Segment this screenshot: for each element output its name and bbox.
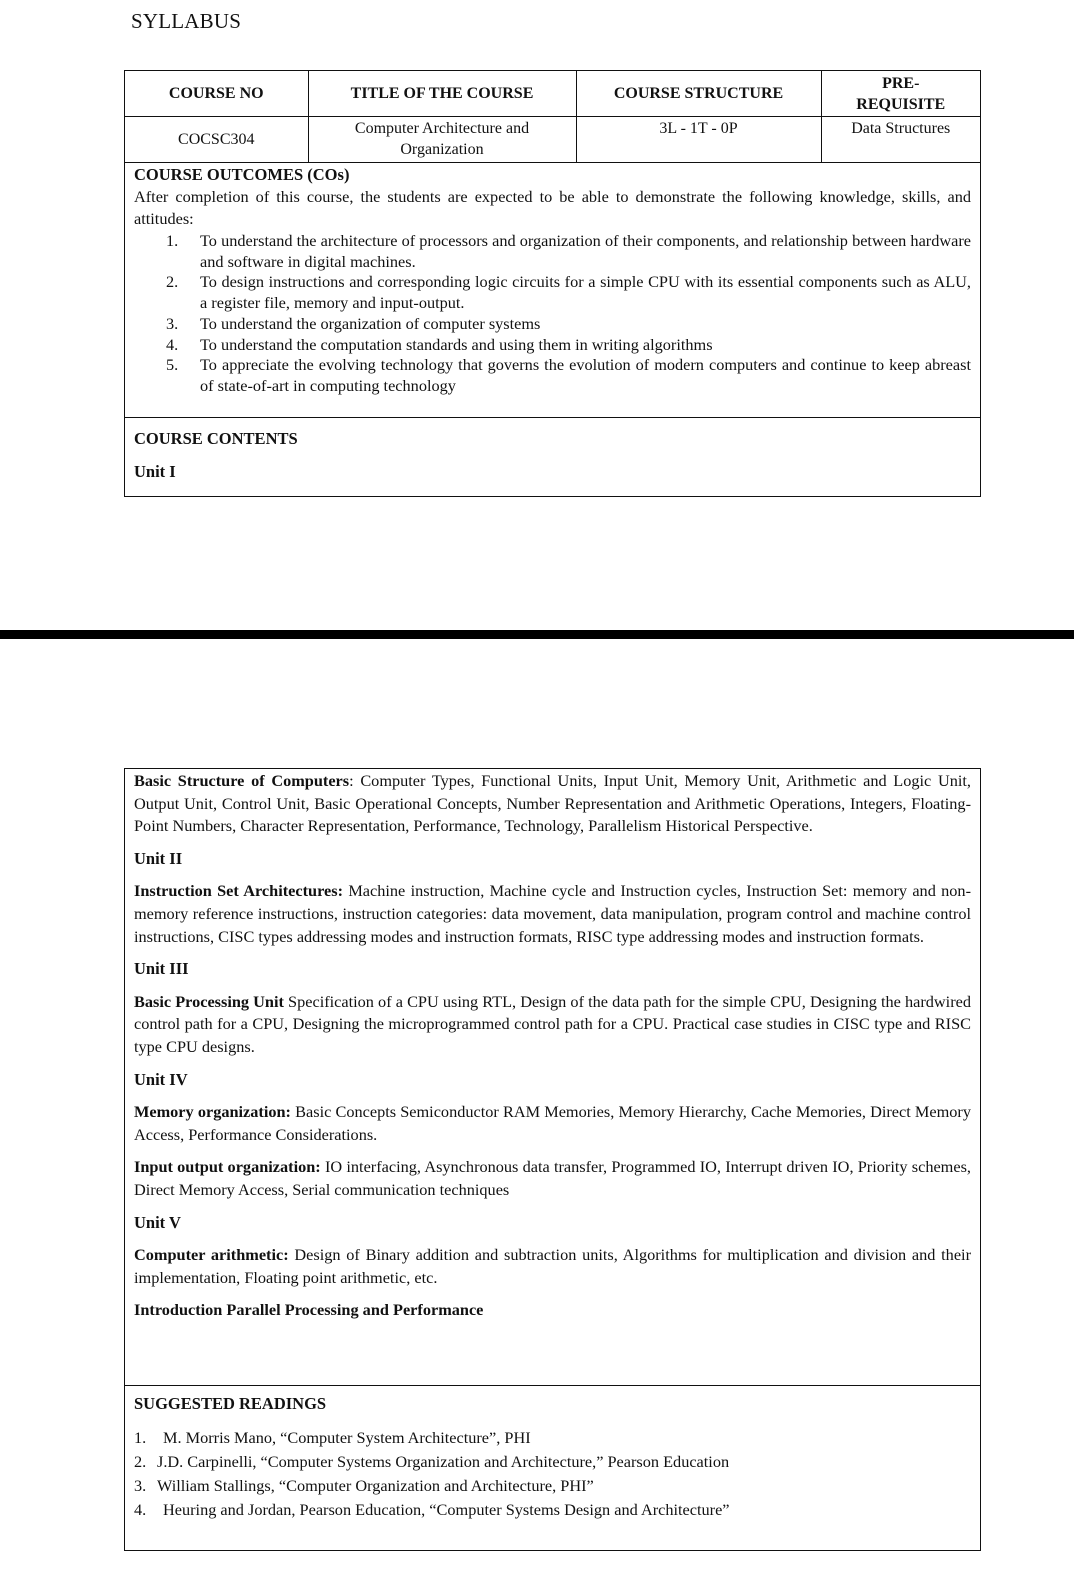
item-number: 3. (134, 1474, 157, 1498)
course-no-cell: COCSC304 (125, 117, 308, 163)
course-outcome-item: 3.To understand the organization of comp… (134, 314, 971, 335)
unit-2-topic: Instruction Set Architectures: Machine i… (134, 880, 971, 948)
unit-2-heading: Unit II (134, 848, 971, 871)
course-outcomes-heading: COURSE OUTCOMES (COs) (134, 164, 971, 185)
course-info-table: COURSE NO TITLE OF THE COURSE COURSE STR… (125, 71, 980, 163)
item-text: To appreciate the evolving technology th… (200, 355, 971, 395)
course-contents-heading: COURSE CONTENTS (134, 429, 298, 449)
item-text: Heuring and Jordan, Pearson Education, “… (163, 1500, 730, 1519)
unit-5-heading: Unit V (134, 1212, 971, 1235)
course-title-line1: Computer Architecture and (355, 120, 529, 137)
course-table-header-row: COURSE NO TITLE OF THE COURSE COURSE STR… (125, 71, 980, 117)
item-text: M. Morris Mano, “Computer System Archite… (163, 1428, 531, 1447)
unit-4-topic: Input output organization: IO interfacin… (134, 1156, 971, 1201)
course-outcomes-list: 1.To understand the architecture of proc… (134, 231, 971, 397)
page-separator-bar (0, 630, 1074, 639)
reading-item: 1.M. Morris Mano, “Computer System Archi… (134, 1426, 971, 1450)
section-divider (125, 1385, 980, 1386)
item-number: 4. (134, 1498, 163, 1522)
item-text: To understand the architecture of proces… (200, 231, 971, 271)
syllabus-header-box: COURSE NO TITLE OF THE COURSE COURSE STR… (124, 70, 981, 497)
topic-title: Instruction Set Architectures: (134, 881, 343, 900)
header-prerequisite: PRE- REQUISITE (821, 71, 980, 117)
item-text: To understand the organization of comput… (200, 314, 540, 333)
reading-item: 3.William Stallings, “Computer Organizat… (134, 1474, 971, 1498)
item-number: 2. (166, 272, 178, 293)
header-course-title: TITLE OF THE COURSE (308, 71, 576, 117)
course-outcome-item: 2.To design instructions and correspondi… (134, 272, 971, 313)
unit-4-topic: Memory organization: Basic Concepts Semi… (134, 1101, 971, 1146)
unit-5-topic: Introduction Parallel Processing and Per… (134, 1299, 971, 1322)
header-course-no: COURSE NO (125, 71, 308, 117)
topic-title: Input output organization: (134, 1157, 321, 1176)
topic-title: Basic Processing Unit (134, 992, 284, 1011)
page-title: SYLLABUS (131, 9, 241, 34)
item-text: William Stallings, “Computer Organizatio… (157, 1476, 594, 1495)
course-outcomes-section: COURSE OUTCOMES (COs) After completion o… (134, 164, 971, 397)
course-structure-cell: 3L - 1T - 0P (576, 117, 821, 163)
topic-title: Computer arithmetic: (134, 1245, 289, 1264)
unit-3-topic: Basic Processing Unit Specification of a… (134, 991, 971, 1059)
item-number: 3. (166, 314, 178, 335)
course-outcome-item: 4.To understand the computation standard… (134, 335, 971, 356)
suggested-readings-heading: SUGGESTED READINGS (134, 1394, 971, 1414)
item-text: To understand the computation standards … (200, 335, 713, 354)
course-outcome-item: 5.To appreciate the evolving technology … (134, 355, 971, 396)
course-outcome-item: 1.To understand the architecture of proc… (134, 231, 971, 272)
unit-5-topic: Computer arithmetic: Design of Binary ad… (134, 1244, 971, 1289)
item-text: To design instructions and corresponding… (200, 272, 971, 312)
header-prerequisite-line2: REQUISITE (856, 96, 945, 113)
course-contents-box: Basic Structure of Computers: Computer T… (124, 768, 981, 1551)
course-contents-body: Basic Structure of Computers: Computer T… (134, 769, 971, 1322)
course-table-row: COCSC304 Computer Architecture and Organ… (125, 117, 980, 163)
prerequisite-cell: Data Structures (821, 117, 980, 163)
course-title-line2: Organization (400, 141, 483, 158)
course-title-cell: Computer Architecture and Organization (308, 117, 576, 163)
item-text: J.D. Carpinelli, “Computer Systems Organ… (157, 1452, 729, 1471)
unit-1-heading: Unit I (134, 462, 176, 482)
item-number: 4. (166, 335, 178, 356)
topic-title: Basic Structure of Computers (134, 771, 349, 790)
unit-1-topic: Basic Structure of Computers: Computer T… (134, 770, 971, 838)
header-course-structure: COURSE STRUCTURE (576, 71, 821, 117)
item-number: 5. (166, 355, 178, 376)
suggested-readings-section: SUGGESTED READINGS 1.M. Morris Mano, “Co… (134, 1394, 971, 1522)
header-prerequisite-line1: PRE- (882, 75, 919, 92)
course-outcomes-intro: After completion of this course, the stu… (134, 186, 971, 230)
unit-3-heading: Unit III (134, 958, 971, 981)
suggested-readings-list: 1.M. Morris Mano, “Computer System Archi… (134, 1426, 971, 1522)
section-divider (125, 417, 980, 418)
item-number: 1. (166, 231, 178, 252)
item-number: 2. (134, 1450, 157, 1474)
topic-title: Memory organization: (134, 1102, 291, 1121)
item-number: 1. (134, 1426, 163, 1450)
topic-title: Introduction Parallel Processing and Per… (134, 1300, 483, 1319)
reading-item: 4.Heuring and Jordan, Pearson Education,… (134, 1498, 971, 1522)
reading-item: 2.J.D. Carpinelli, “Computer Systems Org… (134, 1450, 971, 1474)
unit-4-heading: Unit IV (134, 1069, 971, 1092)
